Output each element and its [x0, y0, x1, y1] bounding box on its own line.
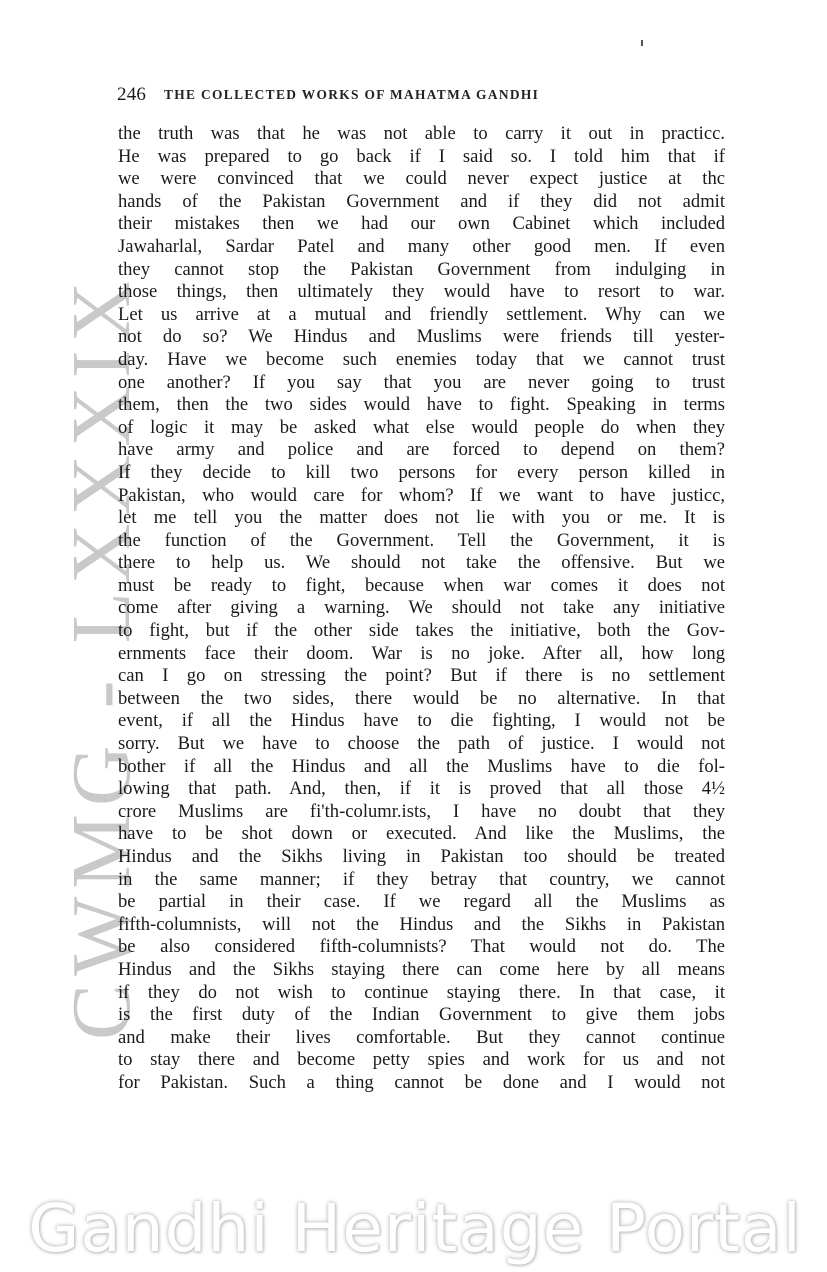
text-line: hands of the Pakistan Government and if … — [118, 191, 725, 214]
text-line: not do so? We Hindus and Muslims were fr… — [118, 326, 725, 349]
text-line: bother if all the Hindus and all the Mus… — [118, 756, 725, 779]
text-line: be partial in their case. If we regard a… — [118, 891, 725, 914]
scan-speck — [641, 40, 643, 46]
text-line: Pakistan, who would care for whom? If we… — [118, 485, 725, 508]
text-line: those things, then ultimately they would… — [118, 281, 725, 304]
text-line: of logic it may be asked what else would… — [118, 417, 725, 440]
text-line: one another? If you say that you are nev… — [118, 372, 725, 395]
text-line: come after giving a warning. We should n… — [118, 597, 725, 620]
text-line: is the first duty of the Indian Governme… — [118, 1004, 725, 1027]
scanned-book-page: CWMG - LXXXIX 246 THE COLLECTED WORKS OF… — [0, 0, 827, 1272]
text-line: be also considered fifth-columnists? Tha… — [118, 936, 725, 959]
text-line: must be ready to fight, because when war… — [118, 575, 725, 598]
text-line: in the same manner; if they betray that … — [118, 869, 725, 892]
text-line: sorry. But we have to choose the path of… — [118, 733, 725, 756]
book-title-header: THE COLLECTED WORKS OF MAHATMA GANDHI — [164, 87, 539, 103]
text-line: them, then the two sides would have to f… — [118, 394, 725, 417]
text-line: event, if all the Hindus have to die fig… — [118, 710, 725, 733]
text-line: between the two sides, there would be no… — [118, 688, 725, 711]
text-line: ernments face their doom. War is no joke… — [118, 643, 725, 666]
text-line: there to help us. We should not take the… — [118, 552, 725, 575]
page-number: 246 — [117, 84, 146, 106]
text-line: He was prepared to go back if I said so.… — [118, 146, 725, 169]
text-line: Let us arrive at a mutual and friendly s… — [118, 304, 725, 327]
text-line: their mistakes then we had our own Cabin… — [118, 213, 725, 236]
bottom-watermark: Gandhi Heritage Portal — [10, 1190, 820, 1267]
text-line: fifth-columnists, will not the Hindus an… — [118, 914, 725, 937]
text-line: have army and police and are forced to d… — [118, 439, 725, 462]
text-line: Hindus and the Sikhs staying there can c… — [118, 959, 725, 982]
running-head: 246 THE COLLECTED WORKS OF MAHATMA GANDH… — [117, 84, 725, 108]
text-line: they cannot stop the Pakistan Government… — [118, 259, 725, 282]
text-line: lowing that path. And, then, if it is pr… — [118, 778, 725, 801]
text-line: have to be shot down or executed. And li… — [118, 823, 725, 846]
text-line: let me tell you the matter does not lie … — [118, 507, 725, 530]
text-line: Hindus and the Sikhs living in Pakistan … — [118, 846, 725, 869]
text-line: to fight, but if the other side takes th… — [118, 620, 725, 643]
text-line: if they do not wish to continue staying … — [118, 982, 725, 1005]
text-line: can I go on stressing the point? But if … — [118, 665, 725, 688]
text-line: crore Muslims are fi'th-columr.ists, I h… — [118, 801, 725, 824]
text-line: the function of the Government. Tell the… — [118, 530, 725, 553]
text-line: day. Have we become such enemies today t… — [118, 349, 725, 372]
text-line: and make their lives comfortable. But th… — [118, 1027, 725, 1050]
text-line: to stay there and become petty spies and… — [118, 1049, 725, 1072]
text-line: for Pakistan. Such a thing cannot be don… — [118, 1072, 725, 1095]
text-line: Jawaharlal, Sardar Patel and many other … — [118, 236, 725, 259]
text-line: If they decide to kill two persons for e… — [118, 462, 725, 485]
text-line: the truth was that he was not able to ca… — [118, 123, 725, 146]
text-line: we were convinced that we could never ex… — [118, 168, 725, 191]
body-text: the truth was that he was not able to ca… — [118, 123, 725, 1095]
